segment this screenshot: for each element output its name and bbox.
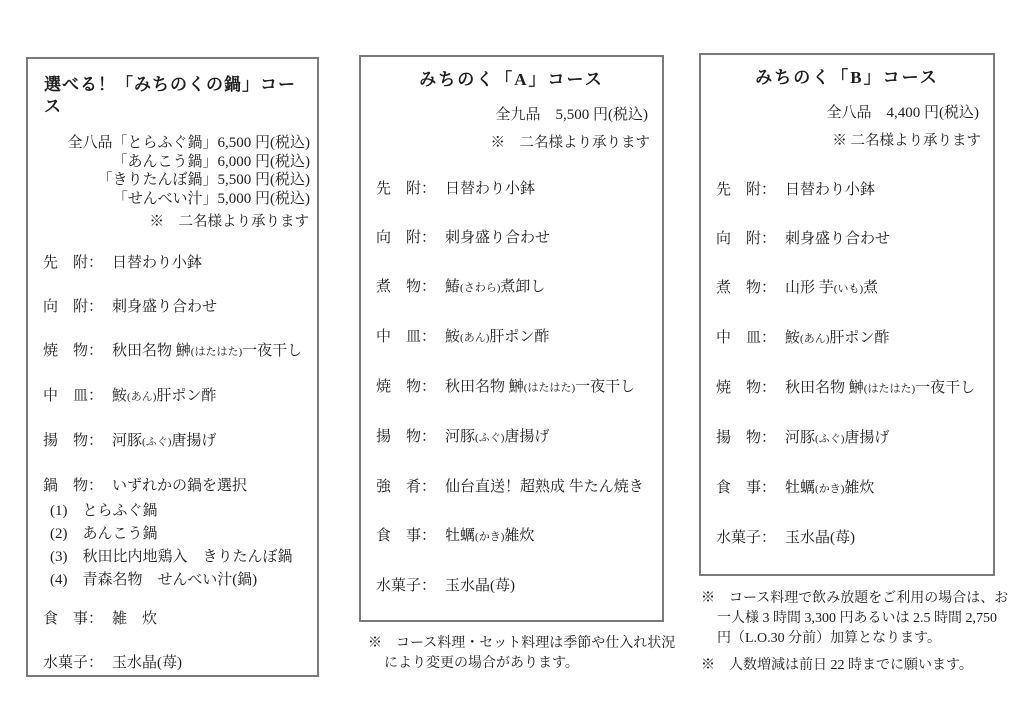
nabe-option: (3) 秋田比内地鶏入 きりたんぼ鍋 — [50, 547, 317, 568]
menu-item-row: 煮 物：山形 芋(いも)煮 — [716, 278, 993, 300]
menu-item-row: 中 皿：鮟(あん)肝ポン酢 — [716, 328, 993, 350]
footnote-course-b: ※ コース料理で飲み放題をご利用の場合は、お一人様 3 時間 3,300 円ある… — [701, 589, 1013, 676]
menu-item-label: 食 事： — [376, 528, 436, 544]
menu-item-row: 焼 物：秋田名物 鰰(はたはた)一夜干し — [376, 377, 662, 399]
menu-item-label: 焼 物： — [716, 380, 776, 396]
menu-item-row: 焼 物：秋田名物 鰰(はたはた)一夜干し — [716, 378, 993, 400]
menu-item-list: 先 附：日替わり小鉢 向 附：刺身盛り合わせ 煮 物：山形 芋(いも)煮 中 皿… — [701, 180, 993, 549]
menu-item-row: 強 肴：仙台直送！超熟成 牛たん焼き — [376, 477, 662, 498]
menu-item-row: 食 事：雑 炊 — [43, 609, 317, 630]
nabe-option-list: (1) とらふぐ鍋 (2) あんこう鍋 (3) 秋田比内地鶏入 きりたんぼ鍋 (… — [43, 501, 317, 591]
course-title: みちのく「A」コース — [361, 69, 662, 91]
menu-item-row: 水菓子：玉水晶(苺) — [376, 576, 662, 597]
menu-item-value: 牡蠣(かき)雑炊 — [445, 528, 534, 544]
menu-item-list: 先 附：日替わり小鉢 向 附：刺身盛り合わせ 焼 物：秋田名物 鰰(はたはた)一… — [28, 253, 317, 674]
menu-item-value: 山形 芋(いも)煮 — [785, 280, 878, 296]
menu-item-value: 雑 炊 — [112, 611, 157, 627]
menu-item-row: 煮 物：鰆(さわら)煮卸し — [376, 277, 662, 299]
menu-item-label: 食 事： — [43, 611, 103, 627]
menu-item-label: 食 事： — [716, 480, 776, 496]
menu-item-row: 揚 物：河豚(ふぐ)唐揚げ — [716, 428, 993, 450]
menu-item-row: 先 附：日替わり小鉢 — [376, 179, 662, 200]
menu-item-label: 強 肴： — [376, 479, 436, 495]
menu-item-value: いずれかの鍋を選択 — [112, 478, 247, 494]
nabe-option: (4) 青森名物 せんべい汁(鍋) — [50, 570, 317, 591]
menu-item-value: 仙台直送！超熟成 牛たん焼き — [445, 479, 644, 495]
menu-item-value: 秋田名物 鰰(はたはた)一夜干し — [112, 343, 302, 359]
serve-note: ※ 二名様より承ります — [701, 131, 993, 151]
menu-item-row: 水菓子：玉水晶(苺) — [43, 653, 317, 674]
course-box-michinoku-nabe: 選べる！「みちのくの鍋」コース 全八品「とらふぐ鍋」6,500 円(税込) 「あ… — [26, 57, 319, 677]
menu-item-label: 水菓子： — [716, 530, 776, 546]
course-title: 選べる！「みちのくの鍋」コース — [44, 74, 309, 118]
menu-item-label: 先 附： — [716, 182, 776, 198]
menu-item-row: 向 附：刺身盛り合わせ — [43, 297, 317, 318]
menu-item-label: 水菓子： — [43, 655, 103, 671]
menu-item-label: 向 附： — [43, 299, 103, 315]
footnote-course-a: ※ コース料理・セット料理は季節や仕入れ状況により変更の場合があります。 — [368, 634, 680, 674]
menu-item-label: 鍋 物： — [43, 478, 103, 494]
price-line: 「きりたんぼ鍋」5,500 円(税込) — [28, 171, 310, 190]
menu-item-row: 先 附：日替わり小鉢 — [716, 180, 993, 201]
menu-item-value: 河豚(ふぐ)唐揚げ — [112, 433, 216, 449]
menu-item-row: 水菓子：玉水晶(苺) — [716, 528, 993, 549]
menu-item-label: 煮 物： — [376, 279, 436, 295]
nabe-option: (1) とらふぐ鍋 — [50, 501, 317, 522]
menu-item-value: 刺身盛り合わせ — [445, 230, 550, 246]
nabe-options-wrapper: (1) とらふぐ鍋 (2) あんこう鍋 (3) 秋田比内地鶏入 きりたんぼ鍋 (… — [43, 501, 317, 591]
nabe-option: (2) あんこう鍋 — [50, 524, 317, 545]
menu-item-label: 向 附： — [376, 230, 436, 246]
menu-item-row: 鍋 物：いずれかの鍋を選択 — [43, 476, 317, 497]
menu-item-label: 向 附： — [716, 231, 776, 247]
menu-item-row: 向 附：刺身盛り合わせ — [376, 228, 662, 249]
menu-item-value: 秋田名物 鰰(はたはた)一夜干し — [445, 379, 635, 395]
menu-item-label: 中 皿： — [716, 330, 776, 346]
menu-item-row: 先 附：日替わり小鉢 — [43, 253, 317, 274]
menu-item-label: 揚 物： — [716, 430, 776, 446]
menu-item-label: 中 皿： — [376, 329, 436, 345]
price-line: 「あんこう鍋」6,000 円(税込) — [28, 153, 310, 172]
menu-item-label: 先 附： — [376, 181, 436, 197]
footnote-text: ※ 人数増減は前日 22 時までに願います。 — [701, 656, 1013, 676]
menu-item-value: 日替わり小鉢 — [112, 255, 202, 271]
menu-item-label: 揚 物： — [376, 429, 436, 445]
price-line: 全八品 4,400 円(税込) — [701, 103, 993, 123]
menu-item-label: 焼 物： — [43, 343, 103, 359]
menu-item-label: 揚 物： — [43, 433, 103, 449]
menu-item-row: 中 皿：鮟(あん)肝ポン酢 — [43, 386, 317, 408]
menu-item-value: 鮟(あん)肝ポン酢 — [112, 388, 216, 404]
menu-item-label: 水菓子： — [376, 578, 436, 594]
footnote-text: ※ コース料理で飲み放題をご利用の場合は、お一人様 3 時間 3,300 円ある… — [701, 589, 1013, 649]
price-list: 全八品「とらふぐ鍋」6,500 円(税込) 「あんこう鍋」6,000 円(税込)… — [28, 134, 317, 208]
course-box-michinoku-b: みちのく「B」コース 全八品 4,400 円(税込) ※ 二名様より承ります 先… — [699, 53, 995, 576]
menu-item-value: 玉水晶(苺) — [112, 655, 182, 671]
serve-note: ※ 二名様より承ります — [28, 212, 317, 232]
menu-item-value: 秋田名物 鰰(はたはた)一夜干し — [785, 380, 975, 396]
menu-item-value: 刺身盛り合わせ — [785, 231, 890, 247]
menu-item-value: 鮟(あん)肝ポン酢 — [445, 329, 549, 345]
menu-item-value: 刺身盛り合わせ — [112, 299, 217, 315]
course-title: みちのく「B」コース — [701, 67, 993, 89]
menu-item-value: 日替わり小鉢 — [445, 181, 535, 197]
menu-item-row: 焼 物：秋田名物 鰰(はたはた)一夜干し — [43, 341, 317, 363]
menu-item-row: 揚 物：河豚(ふぐ)唐揚げ — [43, 431, 317, 453]
menu-item-value: 河豚(ふぐ)唐揚げ — [785, 430, 889, 446]
price-line: 全九品 5,500 円(税込) — [361, 105, 662, 125]
serve-note: ※ 二名様より承ります — [361, 133, 662, 153]
footnote-text: ※ コース料理・セット料理は季節や仕入れ状況により変更の場合があります。 — [368, 634, 680, 674]
menu-item-value: 日替わり小鉢 — [785, 182, 875, 198]
course-box-michinoku-a: みちのく「A」コース 全九品 5,500 円(税込) ※ 二名様より承ります 先… — [359, 55, 664, 622]
price-line: 「せんべい汁」5,000 円(税込) — [28, 190, 310, 209]
menu-item-value: 玉水晶(苺) — [785, 530, 855, 546]
menu-item-label: 中 皿： — [43, 388, 103, 404]
menu-item-value: 鮟(あん)肝ポン酢 — [785, 330, 889, 346]
price-line: 全八品「とらふぐ鍋」6,500 円(税込) — [28, 134, 310, 153]
menu-item-row: 中 皿：鮟(あん)肝ポン酢 — [376, 327, 662, 349]
menu-item-value: 鰆(さわら)煮卸し — [445, 279, 545, 295]
menu-item-row: 揚 物：河豚(ふぐ)唐揚げ — [376, 427, 662, 449]
menu-item-label: 先 附： — [43, 255, 103, 271]
menu-item-row: 向 附：刺身盛り合わせ — [716, 229, 993, 250]
menu-item-value: 牡蠣(かき)雑炊 — [785, 480, 874, 496]
menu-item-value: 玉水晶(苺) — [445, 578, 515, 594]
menu-item-label: 焼 物： — [376, 379, 436, 395]
menu-item-row: 食 事：牡蠣(かき)雑炊 — [716, 478, 993, 500]
menu-item-list: 先 附：日替わり小鉢 向 附：刺身盛り合わせ 煮 物：鰆(さわら)煮卸し 中 皿… — [361, 179, 662, 597]
menu-item-row: 食 事：牡蠣(かき)雑炊 — [376, 526, 662, 548]
menu-item-value: 河豚(ふぐ)唐揚げ — [445, 429, 549, 445]
menu-item-label: 煮 物： — [716, 280, 776, 296]
